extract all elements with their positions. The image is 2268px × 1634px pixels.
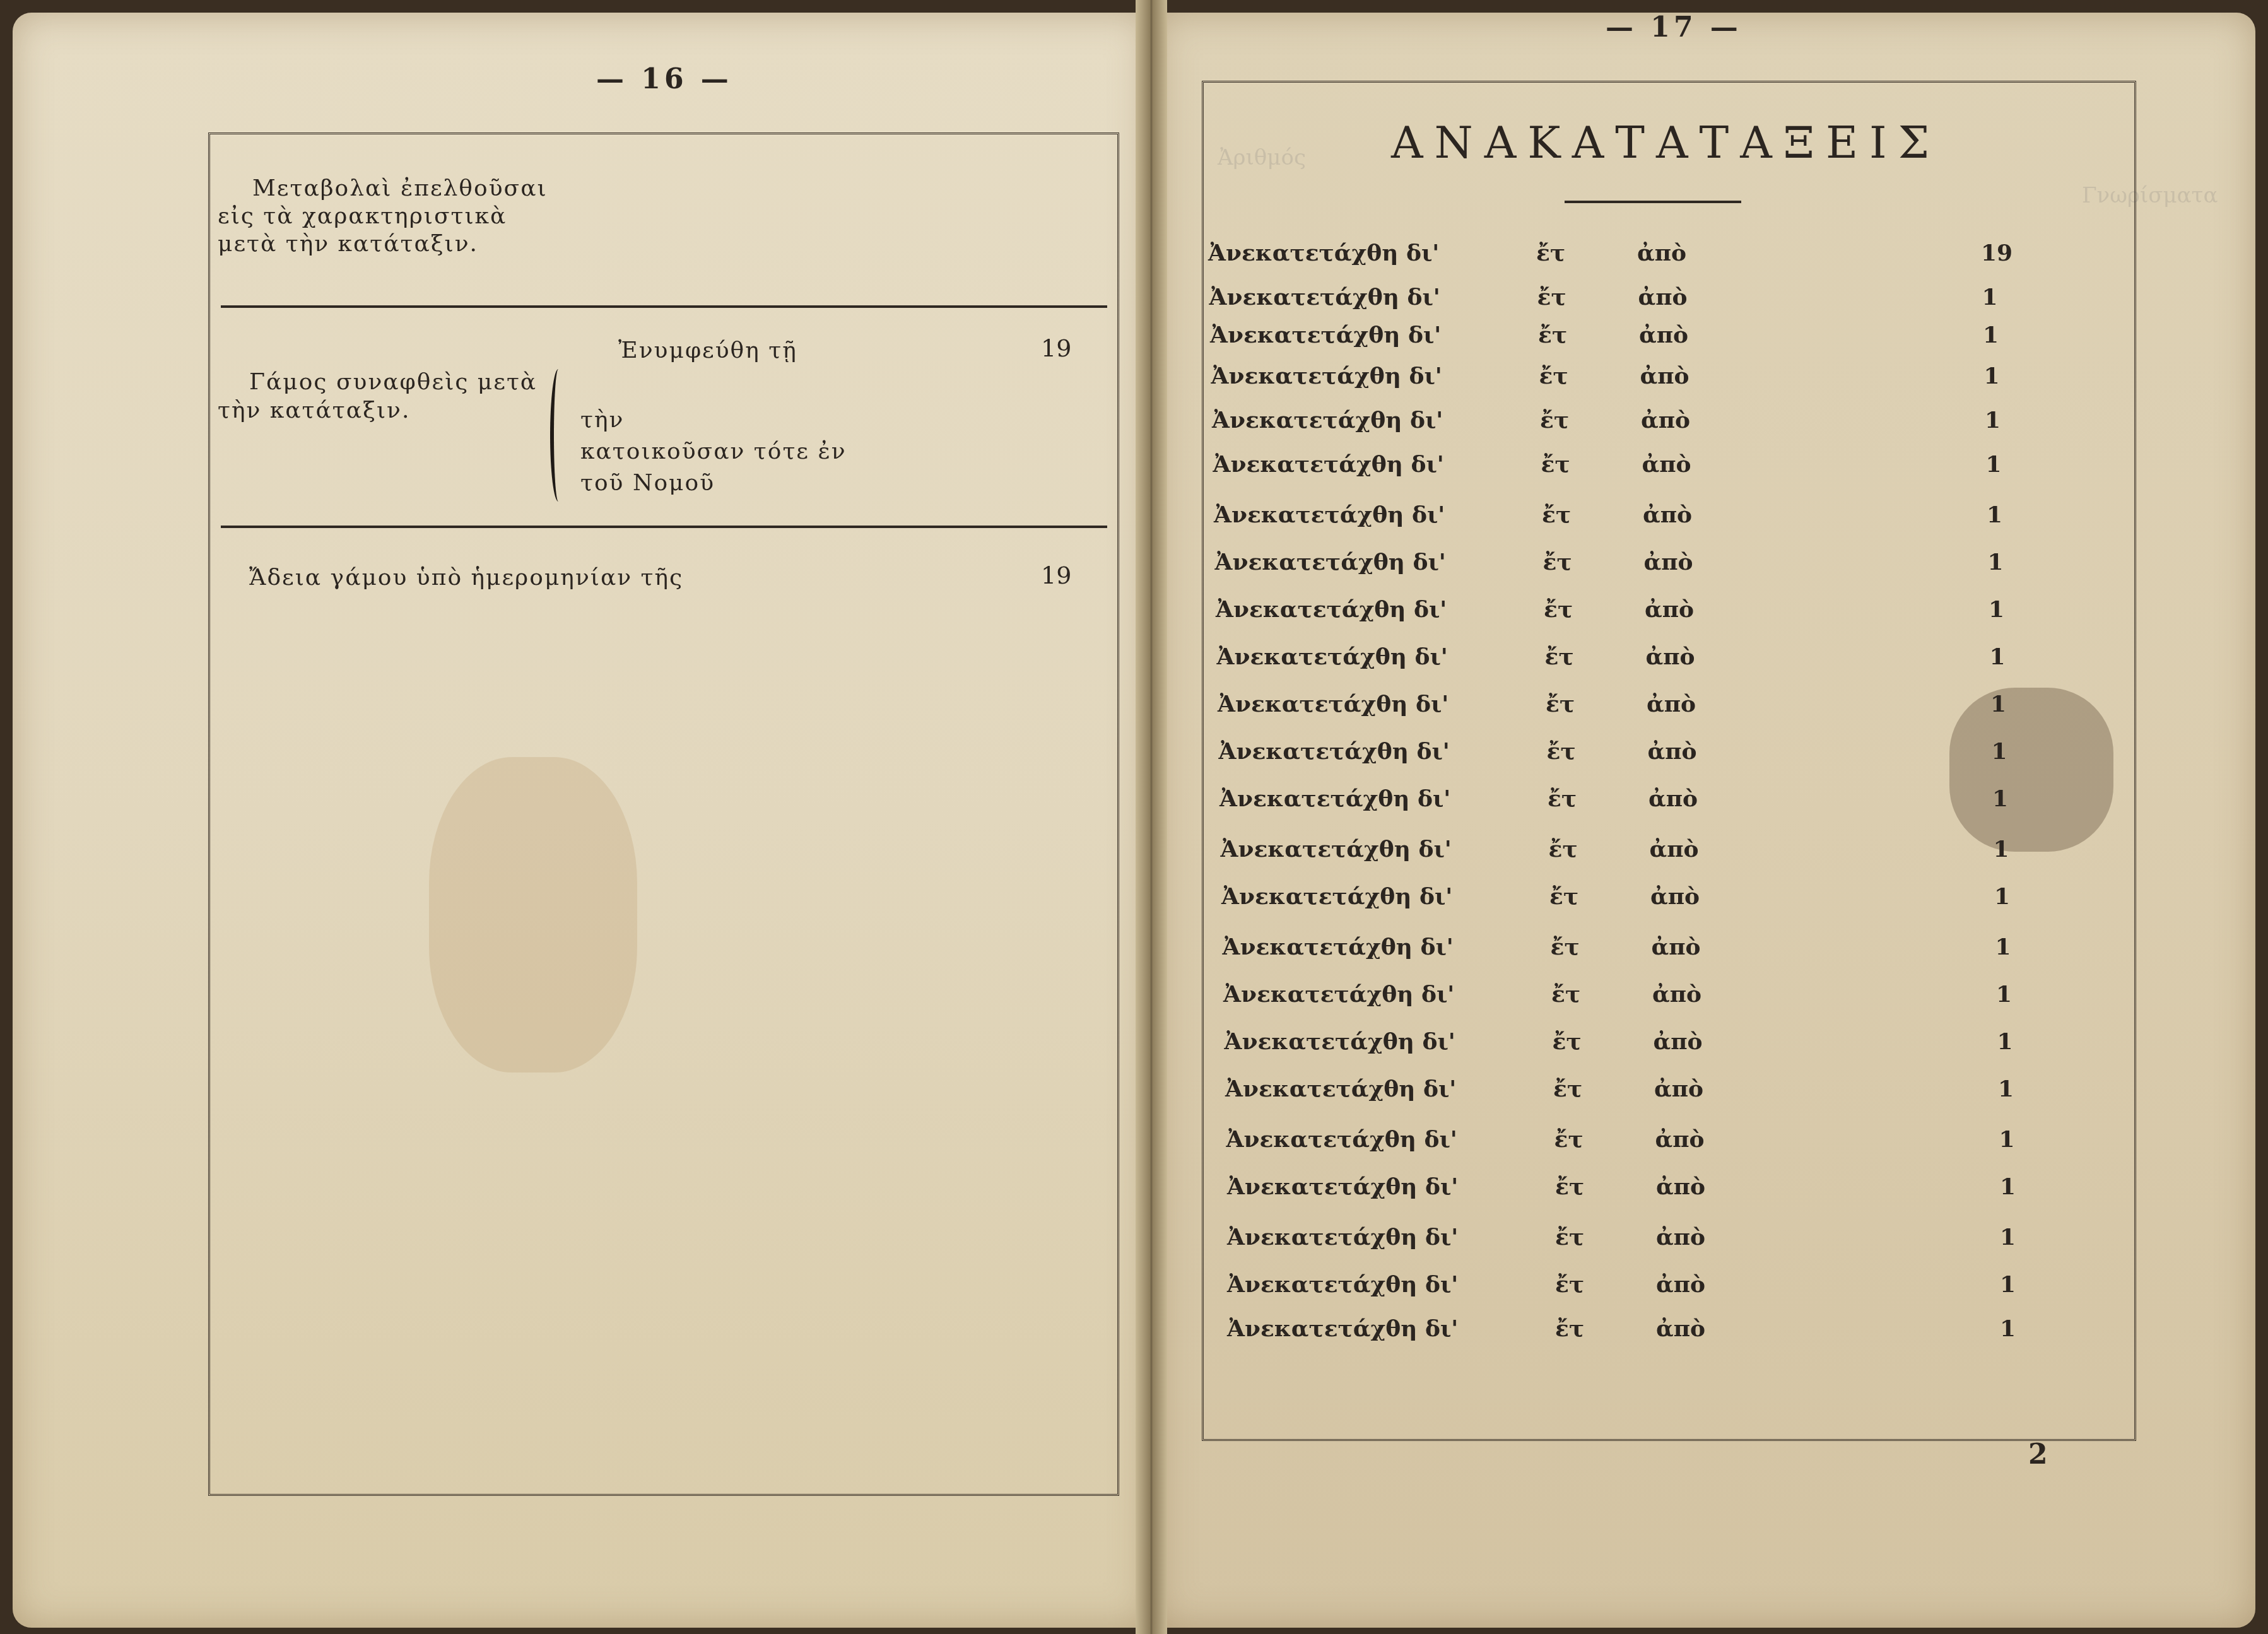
- years-abbrev: ἔτ: [1551, 981, 1580, 1008]
- year-prefix: 1: [1994, 836, 2009, 862]
- years-abbrev: ἔτ: [1537, 284, 1566, 310]
- from-label: ἀπὸ: [1637, 240, 1686, 266]
- reassignment-row: Ἀνεκατετάχθη δι'ἔτἀπὸ1: [1209, 284, 2030, 322]
- reassignment-text: Ἀνεκατετάχθη δι': [1212, 407, 1443, 433]
- reassignment-text: Ἀνεκατετάχθη δι': [1214, 502, 1445, 528]
- years-abbrev: ἔτ: [1543, 549, 1572, 575]
- year-prefix: 1: [1990, 691, 2006, 717]
- page-number-left: — 16 —: [596, 63, 732, 95]
- reassignment-row: Ἀνεκατετάχθη δι'ἔτἀπὸ1: [1227, 1224, 2047, 1262]
- years-abbrev: ἔτ: [1546, 691, 1575, 717]
- years-abbrev: ἔτ: [1540, 407, 1569, 433]
- from-label: ἀπὸ: [1645, 596, 1694, 623]
- from-label: ἀπὸ: [1639, 322, 1688, 348]
- year-prefix: 1: [2000, 1224, 2016, 1250]
- reassignment-text: Ἀνεκατετάχθη δι': [1218, 691, 1448, 717]
- year-prefix: 1: [1995, 934, 2011, 960]
- from-label: ἀπὸ: [1647, 691, 1696, 717]
- reassignment-text: Ἀνεκατετάχθη δι': [1210, 322, 1441, 348]
- married-to-label: Ἐνυμφεύθη τῇ: [618, 338, 797, 363]
- from-label: ἀπὸ: [1648, 738, 1697, 765]
- year-prefix: 1: [2000, 1173, 2016, 1200]
- reassignment-row: Ἀνεκατετάχθη δι'ἔτἀπὸ1: [1227, 1173, 2047, 1211]
- reassignment-row: Ἀνεκατετάχθη δι'ἔτἀπὸ1: [1227, 1315, 2047, 1353]
- reassignment-row: Ἀνεκατετάχθη δι'ἔτἀπὸ1: [1223, 981, 2043, 1019]
- reassignment-text: Ἀνεκατετάχθη δι': [1225, 1028, 1455, 1055]
- reassignment-text: Ἀνεκατετάχθη δι': [1227, 1271, 1458, 1298]
- marriage-detail-line-3: τοῦ Νομοῦ: [580, 470, 715, 496]
- from-label: ἀπὸ: [1640, 363, 1689, 389]
- from-label: ἀπὸ: [1641, 407, 1690, 433]
- reassignment-row: Ἀνεκατετάχθη δι'ἔτἀπὸ1: [1221, 883, 2042, 921]
- year-prefix: 1: [1994, 883, 2010, 910]
- reassignment-row: Ἀνεκατετάχθη δι'ἔτἀπὸ1: [1217, 644, 2037, 681]
- years-abbrev: ἔτ: [1536, 240, 1565, 266]
- reassignment-text: Ἀνεκατετάχθη δι': [1221, 836, 1452, 862]
- reassignment-text: Ἀνεκατετάχθη δι': [1213, 451, 1444, 478]
- years-abbrev: ἔτ: [1549, 836, 1578, 862]
- reassignment-text: Ἀνεκατετάχθη δι': [1216, 596, 1447, 623]
- year-prefix: 1: [1992, 738, 2007, 765]
- section-divider-1: [221, 305, 1107, 308]
- changes-label-line-2: εἰς τὰ χαρακτηριστικὰ: [218, 203, 507, 229]
- page-title: ΑΝΑΚΑΤΑΤΑΞΕΙΣ: [1391, 117, 1941, 168]
- year-prefix: 1: [1996, 981, 2012, 1008]
- from-label: ἀπὸ: [1656, 1224, 1705, 1250]
- from-label: ἀπὸ: [1650, 836, 1699, 862]
- reassignment-text: Ἀνεκατετάχθη δι': [1227, 1315, 1458, 1342]
- reassignment-row: Ἀνεκατετάχθη δι'ἔτἀπὸ1: [1221, 836, 2041, 874]
- reassignment-row: Ἀνεκατετάχθη δι'ἔτἀπὸ19: [1208, 240, 2028, 278]
- reassignment-row: Ἀνεκατετάχθη δι'ἔτἀπὸ1: [1212, 407, 2032, 445]
- year-prefix: 1: [1984, 363, 2000, 389]
- years-abbrev: ἔτ: [1541, 451, 1570, 478]
- year-prefix: 1: [1989, 596, 2004, 623]
- year-prefix: 1: [1997, 1028, 2013, 1055]
- reassignment-text: Ἀνεκατετάχθη δι': [1219, 785, 1450, 812]
- years-abbrev: ἔτ: [1539, 363, 1568, 389]
- marriage-label-line-2: τὴν κατάταξιν.: [218, 397, 410, 423]
- years-abbrev: ἔτ: [1538, 322, 1567, 348]
- from-label: ἀπὸ: [1646, 644, 1695, 670]
- year-prefix: 1: [1988, 549, 2004, 575]
- from-label: ἀπὸ: [1648, 785, 1698, 812]
- years-abbrev: ἔτ: [1544, 596, 1573, 623]
- reassignment-row: Ἀνεκατετάχθη δι'ἔτἀπὸ1: [1211, 363, 2031, 401]
- from-label: ἀπὸ: [1638, 284, 1688, 310]
- changes-label-line-3: μετὰ τὴν κατάταξιν.: [218, 231, 478, 257]
- from-label: ἀπὸ: [1656, 1271, 1705, 1298]
- reassignment-text: Ἀνεκατετάχθη δι': [1227, 1224, 1458, 1250]
- reassignment-row: Ἀνεκατετάχθη δι'ἔτἀπὸ1: [1219, 738, 2039, 776]
- reassignment-row: Ἀνεκατετάχθη δι'ἔτἀπὸ1: [1225, 1028, 2045, 1066]
- year-prefix: 1: [1983, 322, 1999, 348]
- reassignment-row: Ἀνεκατετάχθη δι'ἔτἀπὸ1: [1210, 322, 2030, 360]
- years-abbrev: ἔτ: [1553, 1028, 1582, 1055]
- reassignment-row: Ἀνεκατετάχθη δι'ἔτἀπὸ1: [1214, 502, 2034, 539]
- from-label: ἀπὸ: [1654, 1076, 1703, 1102]
- years-abbrev: ἔτ: [1555, 1271, 1584, 1298]
- year-prefix: 1: [1982, 284, 1998, 310]
- license-label: Ἄδεια γάμου ὑπὸ ἡμερομηνίαν τῆς: [249, 565, 683, 591]
- license-year-prefix: 19: [1041, 561, 1071, 589]
- reassignment-row: Ἀνεκατετάχθη δι'ἔτἀπὸ1: [1219, 785, 2040, 823]
- from-label: ἀπὸ: [1642, 451, 1691, 478]
- reassignment-text: Ἀνεκατετάχθη δι': [1223, 934, 1454, 960]
- years-abbrev: ἔτ: [1554, 1126, 1583, 1153]
- reassignment-row: Ἀνεκατετάχθη δι'ἔτἀπὸ1: [1215, 549, 2035, 587]
- year-prefix: 19: [1981, 240, 2012, 266]
- reassignment-row: Ἀνεκατετάχθη δι'ἔτἀπὸ1: [1223, 934, 2043, 972]
- bleed-through-text: Γνωρίσματα: [2082, 183, 2218, 208]
- reassignment-text: Ἀνεκατετάχθη δι': [1225, 1076, 1456, 1102]
- reassignment-text: Ἀνεκατετάχθη δι': [1219, 738, 1450, 765]
- title-underline: [1565, 201, 1741, 203]
- year-prefix: 1: [1990, 644, 2006, 670]
- reassignment-row: Ἀνεκατετάχθη δι'ἔτἀπὸ1: [1216, 596, 2036, 634]
- reassignment-text: Ἀνεκατετάχθη δι': [1209, 284, 1440, 310]
- curly-brace: [550, 369, 567, 502]
- reassignment-text: Ἀνεκατετάχθη δι': [1208, 240, 1439, 266]
- year-prefix: 1: [1985, 407, 2001, 433]
- years-abbrev: ἔτ: [1547, 738, 1576, 765]
- section-divider-2: [221, 526, 1107, 528]
- year-prefix: 1: [2000, 1315, 2016, 1342]
- reassignment-text: Ἀνεκατετάχθη δι': [1217, 644, 1448, 670]
- reassignment-text: Ἀνεκατετάχθη δι': [1215, 549, 1446, 575]
- marriage-detail-line-2: κατοικοῦσαν τότε ἐν: [580, 438, 847, 464]
- year-prefix: 1: [1998, 1076, 2014, 1102]
- from-label: ἀπὸ: [1643, 502, 1692, 528]
- years-abbrev: ἔτ: [1555, 1224, 1584, 1250]
- marriage-detail-line-1: τὴν: [580, 407, 624, 433]
- year-prefix: 1: [2000, 1271, 2016, 1298]
- reassignment-row: Ἀνεκατετάχθη δι'ἔτἀπὸ1: [1227, 1271, 2047, 1309]
- from-label: ἀπὸ: [1656, 1173, 1705, 1200]
- year-prefix: 1: [1992, 785, 2008, 812]
- years-abbrev: ἔτ: [1549, 883, 1578, 910]
- year-prefix: 1: [1999, 1126, 2015, 1153]
- years-abbrev: ἔτ: [1555, 1173, 1584, 1200]
- years-abbrev: ἔτ: [1553, 1076, 1582, 1102]
- bleed-through-text: Ἀριθμός: [1218, 145, 1306, 170]
- years-abbrev: ἔτ: [1548, 785, 1577, 812]
- from-label: ἀπὸ: [1656, 1315, 1705, 1342]
- from-label: ἀπὸ: [1652, 934, 1701, 960]
- from-label: ἀπὸ: [1650, 883, 1700, 910]
- years-abbrev: ἔτ: [1555, 1315, 1584, 1342]
- year-prefix: 1: [1986, 451, 2002, 478]
- reassignment-text: Ἀνεκατετάχθη δι': [1221, 883, 1452, 910]
- years-abbrev: ἔτ: [1542, 502, 1571, 528]
- reassignment-text: Ἀνεκατετάχθη δι': [1226, 1126, 1457, 1153]
- reassignment-text: Ἀνεκατετάχθη δι': [1211, 363, 1442, 389]
- page-number-right: — 17 —: [1606, 11, 1742, 44]
- reassignment-text: Ἀνεκατετάχθη δι': [1227, 1173, 1458, 1200]
- reassignment-row: Ἀνεκατετάχθη δι'ἔτἀπὸ1: [1225, 1076, 2045, 1114]
- reassignment-row: Ἀνεκατετάχθη δι'ἔτἀπὸ1: [1226, 1126, 2047, 1164]
- year-prefix: 1: [1987, 502, 2002, 528]
- years-abbrev: ἔτ: [1551, 934, 1580, 960]
- signature-mark: 2: [2028, 1438, 2048, 1471]
- from-label: ἀπὸ: [1655, 1126, 1705, 1153]
- from-label: ἀπὸ: [1654, 1028, 1703, 1055]
- from-label: ἀπὸ: [1652, 981, 1701, 1008]
- book-gutter: [1136, 0, 1167, 1634]
- from-label: ἀπὸ: [1644, 549, 1693, 575]
- marriage-year-prefix: 19: [1041, 334, 1071, 362]
- reassignment-row: Ἀνεκατετάχθη δι'ἔτἀπὸ1: [1218, 691, 2038, 729]
- marriage-label-line-1: Γάμος συναφθεὶς μετὰ: [249, 369, 537, 395]
- changes-label-line-1: Μεταβολαὶ ἐπελθοῦσαι: [252, 175, 548, 201]
- reassignment-text: Ἀνεκατετάχθη δι': [1223, 981, 1454, 1008]
- years-abbrev: ἔτ: [1545, 644, 1574, 670]
- reassignment-row: Ἀνεκατετάχθη δι'ἔτἀπὸ1: [1213, 451, 2033, 489]
